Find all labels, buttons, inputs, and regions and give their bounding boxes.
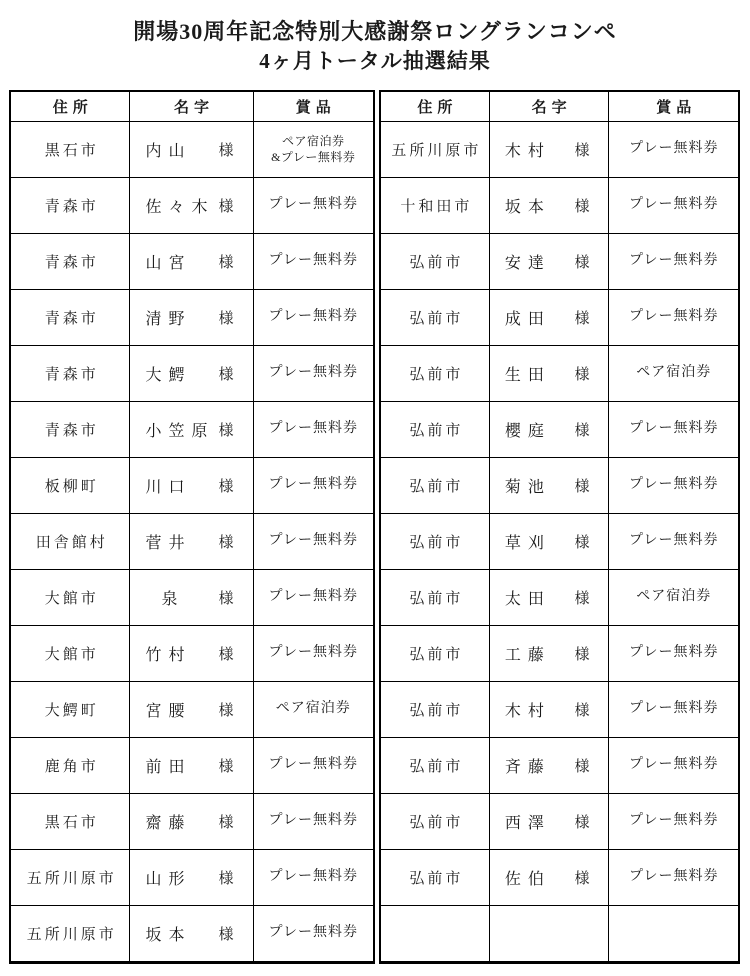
address-cell: 弘前市: [381, 514, 490, 570]
prize-label: ペア宿泊券: [636, 588, 711, 606]
honorific-label: 様: [219, 251, 234, 272]
prize-cell: プレー無料券: [254, 906, 373, 962]
name-cell: 川口様: [130, 458, 253, 514]
address-cell: 弘前市: [381, 458, 490, 514]
surname-label: 斉藤: [505, 754, 551, 777]
prize-cell: プレー無料券: [254, 794, 373, 850]
surname-label: 坂本: [505, 194, 551, 217]
honorific-label: 様: [219, 419, 234, 440]
surname-label: 佐々木: [145, 194, 214, 217]
name-cell: 成田様: [490, 290, 610, 346]
prize-cell: プレー無料券: [609, 626, 738, 682]
prize-cell: ペア宿泊券: [609, 570, 738, 626]
honorific-label: 様: [574, 195, 589, 216]
honorific-label: 様: [574, 867, 589, 888]
honorific-label: 様: [219, 307, 234, 328]
name-cell: 木村様: [490, 682, 610, 738]
prize-cell: ペア宿泊券: [609, 346, 738, 402]
address-cell: 大館市: [11, 626, 130, 682]
address-cell: 弘前市: [381, 290, 490, 346]
prize-label: プレー無料券: [629, 756, 718, 774]
surname-label: 太田: [505, 586, 551, 609]
honorific-label: 様: [219, 475, 234, 496]
name-cell: 大鰐様: [130, 346, 253, 402]
name-cell: 生田様: [490, 346, 610, 402]
address-cell: 弘前市: [381, 346, 490, 402]
prize-label: プレー無料券: [629, 420, 718, 438]
name-cell: 前田様: [130, 738, 253, 794]
address-cell: 黒石市: [11, 122, 130, 178]
prize-cell: プレー無料券: [609, 794, 738, 850]
honorific-label: 様: [219, 139, 234, 160]
prize-label: プレー無料券: [269, 812, 358, 830]
prize-label: プレー無料券: [269, 756, 358, 774]
page-title-line1: 開場30周年記念特別大感謝祭ロングランコンペ: [9, 16, 741, 47]
surname-label: 安達: [505, 250, 551, 273]
surname-label: 小笠原: [145, 418, 214, 441]
address-cell: 五所川原市: [11, 906, 130, 962]
surname-label: 工藤: [505, 642, 551, 665]
honorific-label: 様: [219, 923, 234, 944]
name-cell: 泉様: [130, 570, 253, 626]
prize-label: プレー無料券: [269, 924, 358, 942]
address-cell: [381, 906, 490, 962]
prize-cell: プレー無料券: [609, 290, 738, 346]
address-cell: 青森市: [11, 234, 130, 290]
prize-label: プレー無料券: [629, 196, 718, 214]
prize-cell: [609, 906, 738, 962]
surname-label: 菅井: [145, 530, 191, 553]
prize-cell: プレー無料券: [609, 458, 738, 514]
honorific-label: 様: [219, 195, 234, 216]
honorific-label: 様: [574, 139, 589, 160]
surname-label: 内山: [145, 138, 191, 161]
address-cell: 田舎館村: [11, 514, 130, 570]
surname-label: 宮腰: [145, 698, 191, 721]
prize-label: ペア宿泊券: [282, 134, 345, 150]
prize-cell: プレー無料券: [609, 178, 738, 234]
honorific-label: 様: [574, 531, 589, 552]
address-cell: 大館市: [11, 570, 130, 626]
surname-label: 竹村: [145, 642, 191, 665]
surname-label: 山宮: [145, 250, 191, 273]
prize-label: ペア宿泊券: [636, 364, 711, 382]
address-cell: 青森市: [11, 402, 130, 458]
address-cell: 弘前市: [381, 738, 490, 794]
column-header-name: 名字: [490, 92, 610, 122]
prize-label: プレー無料券: [269, 532, 358, 550]
address-cell: 五所川原市: [381, 122, 490, 178]
prize-cell: プレー無料券: [254, 402, 373, 458]
honorific-label: 様: [574, 307, 589, 328]
surname-label: 川口: [145, 474, 191, 497]
surname-label: 櫻庭: [505, 418, 551, 441]
prize-label: プレー無料券: [629, 812, 718, 830]
honorific-label: 様: [219, 587, 234, 608]
column-header-address: 住所: [11, 92, 130, 122]
prize-label: プレー無料券: [629, 644, 718, 662]
prize-cell: ペア宿泊券: [254, 682, 373, 738]
name-cell: 内山様: [130, 122, 253, 178]
prize-label: プレー無料券: [269, 308, 358, 326]
prize-label: プレー無料券: [269, 420, 358, 438]
surname-label: 坂本: [145, 922, 191, 945]
name-cell: 清野様: [130, 290, 253, 346]
honorific-label: 様: [574, 755, 589, 776]
address-cell: 大鰐町: [11, 682, 130, 738]
prize-cell: プレー無料券: [609, 234, 738, 290]
prize-cell: プレー無料券: [254, 738, 373, 794]
honorific-label: 様: [219, 811, 234, 832]
name-cell: 斉藤様: [490, 738, 610, 794]
name-cell: 山宮様: [130, 234, 253, 290]
honorific-label: 様: [574, 699, 589, 720]
column-header-name: 名字: [130, 92, 253, 122]
name-cell: 山形様: [130, 850, 253, 906]
prize-label: プレー無料券: [269, 196, 358, 214]
name-cell: [490, 906, 610, 962]
name-cell: 佐々木様: [130, 178, 253, 234]
prize-cell: プレー無料券: [609, 682, 738, 738]
prize-label: プレー無料券: [629, 532, 718, 550]
name-cell: 草刈様: [490, 514, 610, 570]
prize-label: プレー無料券: [629, 476, 718, 494]
prize-label: プレー無料券: [269, 476, 358, 494]
surname-label: 齋藤: [145, 810, 191, 833]
address-cell: 五所川原市: [11, 850, 130, 906]
address-cell: 青森市: [11, 346, 130, 402]
prize-cell: プレー無料券: [609, 402, 738, 458]
honorific-label: 様: [219, 755, 234, 776]
prize-label: プレー無料券: [269, 588, 358, 606]
address-cell: 青森市: [11, 178, 130, 234]
prize-cell: プレー無料券: [254, 458, 373, 514]
name-cell: 齋藤様: [130, 794, 253, 850]
results-table-right: 住所 名字 賞品 五所川原市木村様プレー無料券十和田市坂本様プレー無料券弘前市安…: [379, 90, 740, 964]
surname-label: 西澤: [505, 810, 551, 833]
prize-label: プレー無料券: [629, 700, 718, 718]
surname-label: 泉: [145, 586, 193, 609]
name-cell: 工藤様: [490, 626, 610, 682]
column-header-prize: 賞品: [254, 92, 373, 122]
prize-cell: プレー無料券: [254, 570, 373, 626]
address-cell: 弘前市: [381, 626, 490, 682]
honorific-label: 様: [574, 643, 589, 664]
prize-label: プレー無料券: [629, 868, 718, 886]
name-cell: 西澤様: [490, 794, 610, 850]
prize-cell: プレー無料券: [254, 234, 373, 290]
surname-label: 生田: [505, 362, 551, 385]
prize-label: &プレー無料券: [271, 150, 355, 166]
prize-cell: プレー無料券: [254, 178, 373, 234]
column-header-address: 住所: [381, 92, 490, 122]
name-cell: 坂本様: [490, 178, 610, 234]
results-tables: 住所 名字 賞品 黒石市内山様ペア宿泊券&プレー無料券青森市佐々木様プレー無料券…: [9, 90, 741, 964]
name-cell: 櫻庭様: [490, 402, 610, 458]
name-cell: 安達様: [490, 234, 610, 290]
prize-label: プレー無料券: [629, 252, 718, 270]
prize-cell: プレー無料券: [609, 122, 738, 178]
prize-cell: プレー無料券: [254, 626, 373, 682]
prize-label: プレー無料券: [269, 868, 358, 886]
address-cell: 黒石市: [11, 794, 130, 850]
surname-label: 佐伯: [505, 866, 551, 889]
surname-label: 木村: [505, 138, 551, 161]
name-cell: 太田様: [490, 570, 610, 626]
honorific-label: 様: [219, 643, 234, 664]
address-cell: 弘前市: [381, 850, 490, 906]
surname-label: 草刈: [505, 530, 551, 553]
address-cell: 板柳町: [11, 458, 130, 514]
address-cell: 弘前市: [381, 570, 490, 626]
prize-cell: プレー無料券: [609, 514, 738, 570]
honorific-label: 様: [574, 475, 589, 496]
address-cell: 弘前市: [381, 234, 490, 290]
honorific-label: 様: [574, 419, 589, 440]
prize-cell: プレー無料券: [254, 346, 373, 402]
prize-label: プレー無料券: [269, 644, 358, 662]
surname-label: 木村: [505, 698, 551, 721]
address-cell: 十和田市: [381, 178, 490, 234]
surname-label: 前田: [145, 754, 191, 777]
prize-label: プレー無料券: [269, 364, 358, 382]
address-cell: 鹿角市: [11, 738, 130, 794]
name-cell: 菅井様: [130, 514, 253, 570]
prize-cell: ペア宿泊券&プレー無料券: [254, 122, 373, 178]
surname-label: 大鰐: [145, 362, 191, 385]
surname-label: 菊池: [505, 474, 551, 497]
name-cell: 菊池様: [490, 458, 610, 514]
lottery-results-page: 開場30周年記念特別大感謝祭ロングランコンペ 4ヶ月トータル抽選結果 住所 名字…: [0, 0, 750, 976]
surname-label: 山形: [145, 866, 191, 889]
results-table-left: 住所 名字 賞品 黒石市内山様ペア宿泊券&プレー無料券青森市佐々木様プレー無料券…: [9, 90, 375, 964]
honorific-label: 様: [219, 867, 234, 888]
honorific-label: 様: [574, 251, 589, 272]
surname-label: 成田: [505, 306, 551, 329]
address-cell: 弘前市: [381, 402, 490, 458]
page-title-line2: 4ヶ月トータル抽選結果: [9, 47, 741, 77]
address-cell: 弘前市: [381, 682, 490, 738]
name-cell: 木村様: [490, 122, 610, 178]
honorific-label: 様: [574, 363, 589, 384]
prize-cell: プレー無料券: [254, 850, 373, 906]
prize-label: プレー無料券: [269, 252, 358, 270]
prize-label: プレー無料券: [629, 308, 718, 326]
prize-cell: プレー無料券: [609, 850, 738, 906]
honorific-label: 様: [574, 811, 589, 832]
name-cell: 佐伯様: [490, 850, 610, 906]
name-cell: 坂本様: [130, 906, 253, 962]
prize-label: ペア宿泊券: [276, 700, 351, 718]
honorific-label: 様: [219, 363, 234, 384]
prize-cell: プレー無料券: [254, 514, 373, 570]
honorific-label: 様: [219, 531, 234, 552]
prize-label: プレー無料券: [629, 140, 718, 158]
page-title: 開場30周年記念特別大感謝祭ロングランコンペ 4ヶ月トータル抽選結果: [9, 16, 741, 77]
name-cell: 宮腰様: [130, 682, 253, 738]
prize-cell: プレー無料券: [254, 290, 373, 346]
prize-cell: プレー無料券: [609, 738, 738, 794]
address-cell: 青森市: [11, 290, 130, 346]
honorific-label: 様: [574, 587, 589, 608]
name-cell: 竹村様: [130, 626, 253, 682]
honorific-label: 様: [219, 699, 234, 720]
name-cell: 小笠原様: [130, 402, 253, 458]
surname-label: 清野: [145, 306, 191, 329]
column-header-prize: 賞品: [609, 92, 738, 122]
address-cell: 弘前市: [381, 794, 490, 850]
